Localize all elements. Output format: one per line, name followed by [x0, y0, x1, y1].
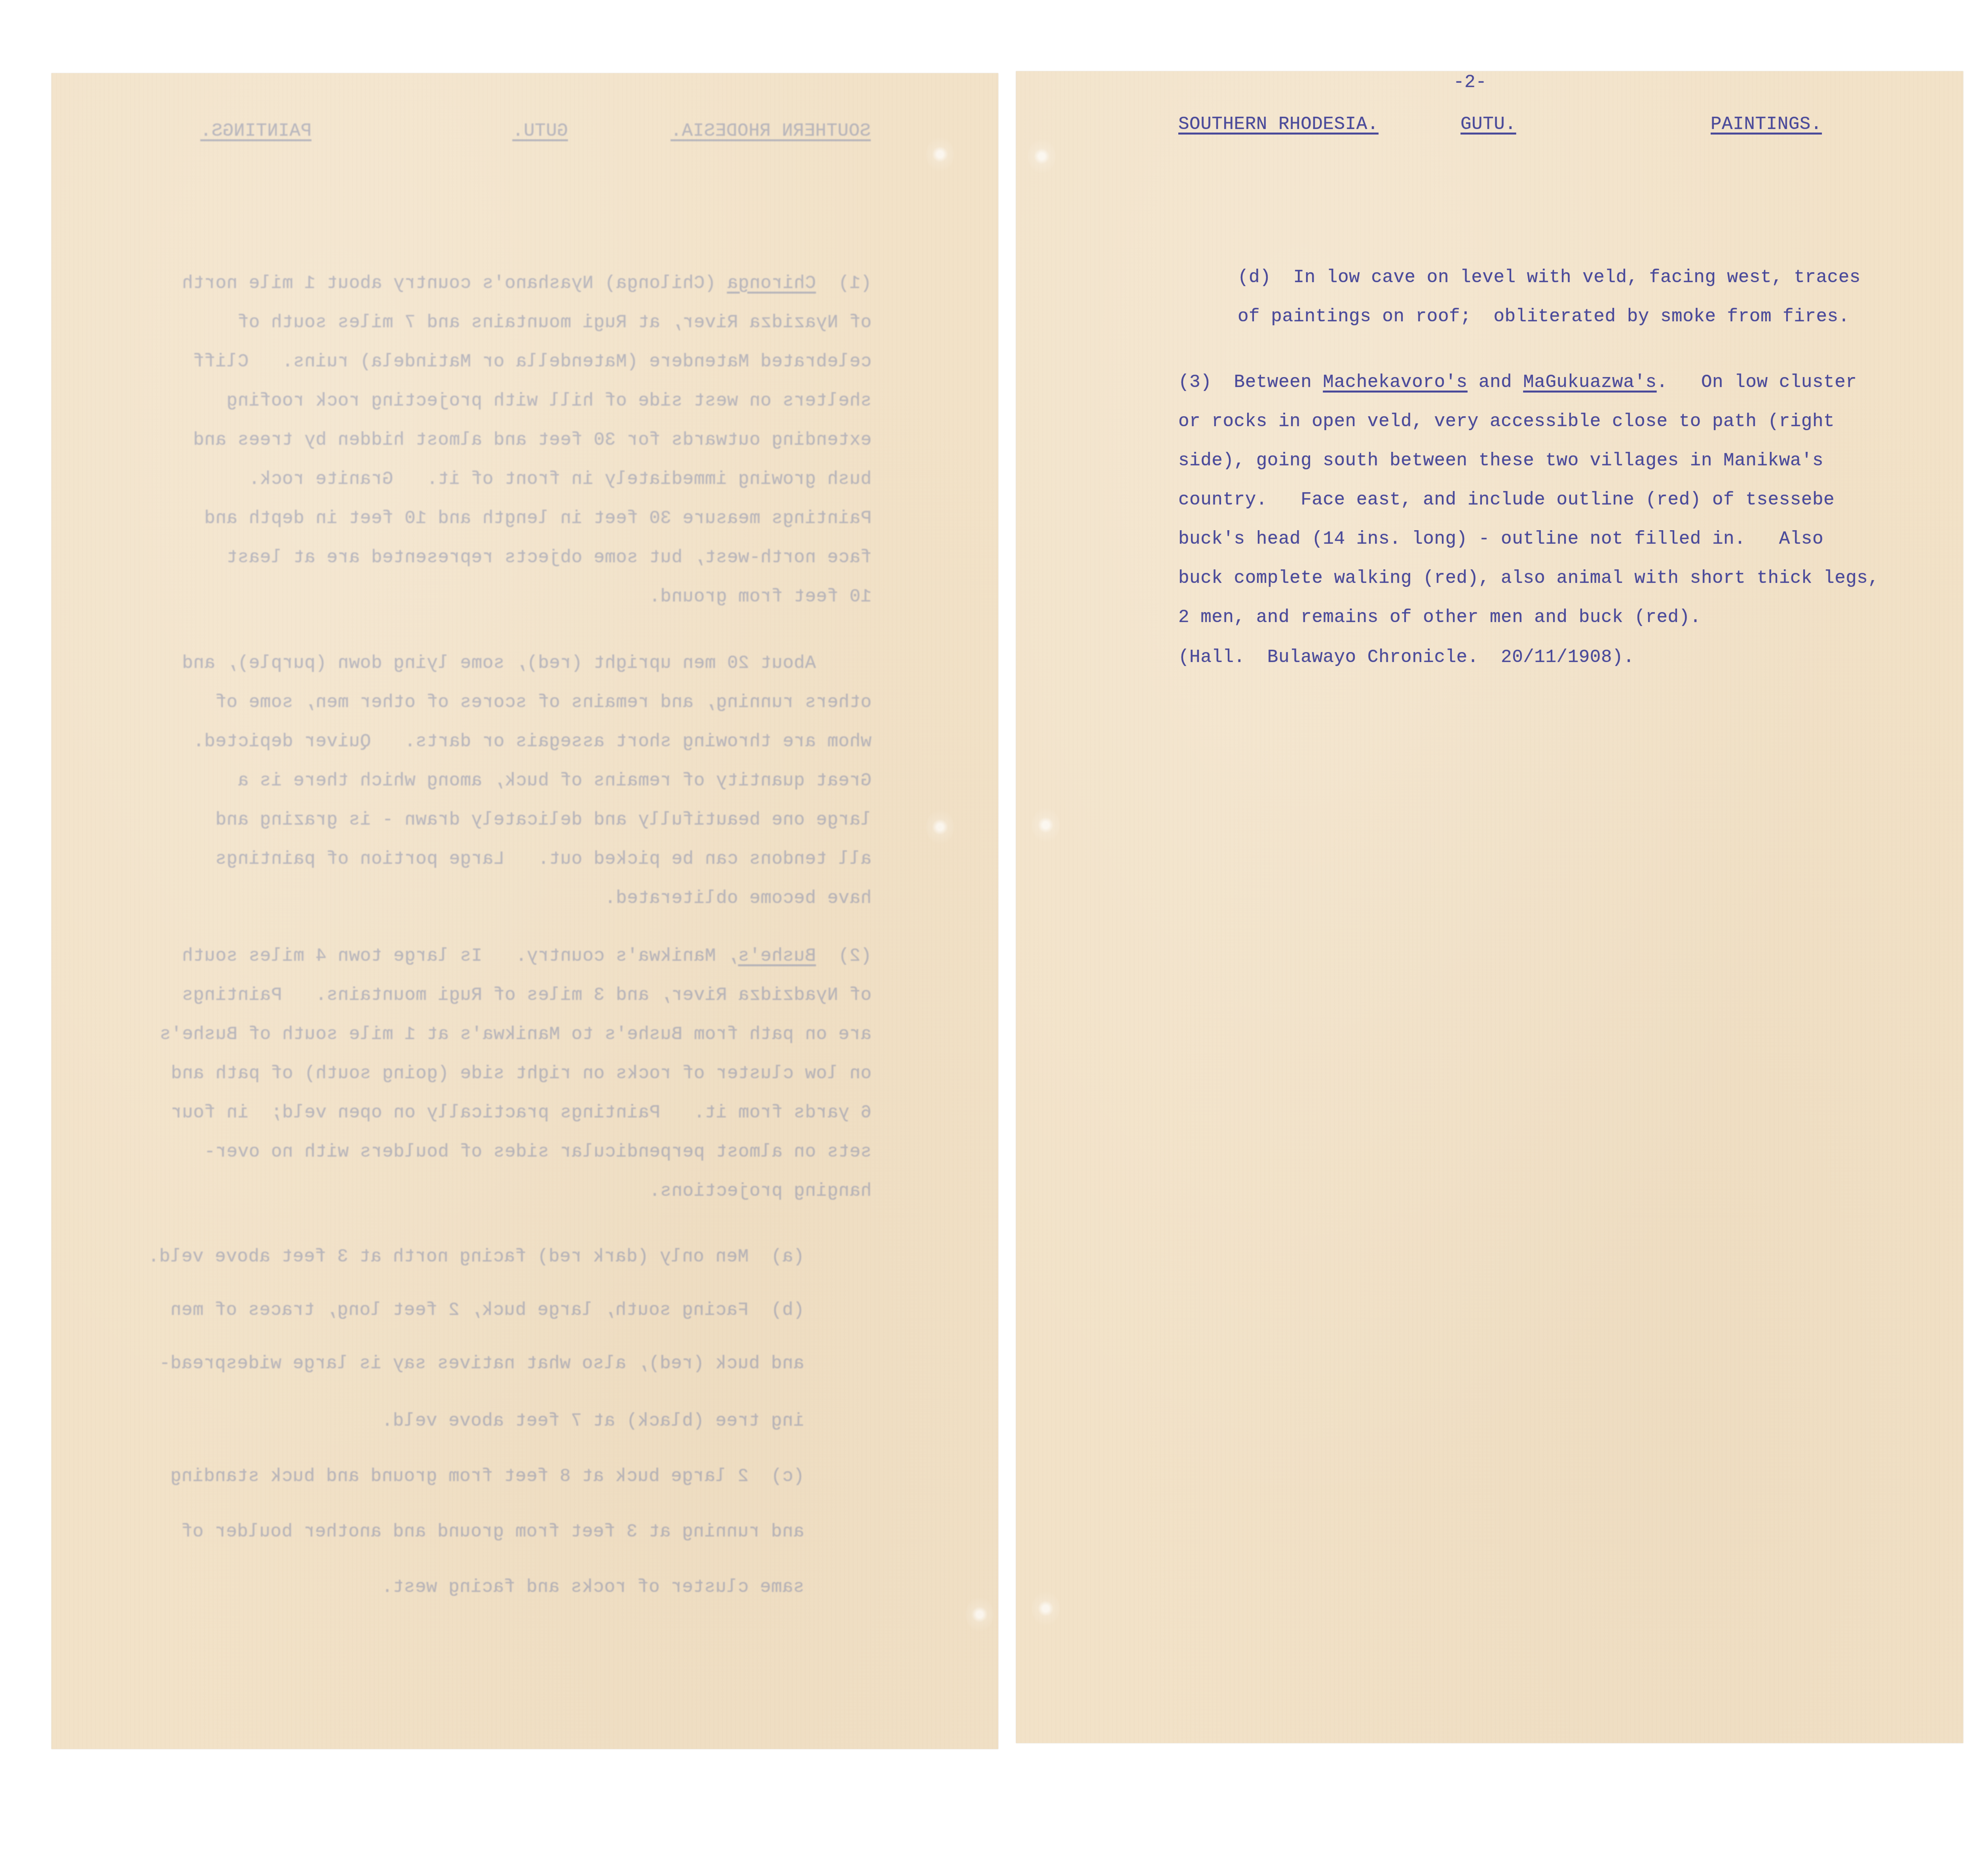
text-line: 2 men, and remains of other men and buck… — [1178, 607, 1701, 628]
text-line: (b) Facing south, large buck, 2 feet lon… — [170, 1300, 804, 1320]
text-line: extending outwards for 30 feet and almos… — [193, 430, 872, 450]
text-line: celebrated Matendere (Matendella or Mati… — [193, 351, 872, 372]
header-district: GUTU. — [512, 121, 568, 141]
header-subject: PAINTINGS. — [200, 121, 311, 141]
text-line: hanging projections. — [649, 1181, 872, 1201]
text-line: of Nyazidza River, at Rugi mountains and… — [237, 312, 872, 333]
text-line: face north-west, but some objects repres… — [226, 547, 872, 568]
text-line: are on path from Bushe's to Manikwa's at… — [160, 1024, 872, 1045]
header-subject: PAINTINGS. — [1711, 114, 1822, 135]
text-line: (d) In low cave on level with veld, faci… — [1238, 267, 1861, 288]
text-line: whom are throwing short assegais or dart… — [193, 731, 872, 752]
place-bushes: Bushe's — [738, 946, 816, 966]
header-district: GUTU. — [1461, 114, 1516, 135]
item-2-first-line: (2) Bushe's, Manikwa's country. Is large… — [182, 946, 872, 966]
place-chironga: Chironga — [727, 273, 816, 294]
text-line: have become obliterated. — [604, 888, 872, 909]
text-line: shelters on west side of hill with proje… — [226, 391, 872, 411]
text-line: 6 yards from it. Paintings practically o… — [171, 1102, 872, 1123]
text-line: buck's head (14 ins. long) - outline not… — [1178, 529, 1823, 549]
text-line: (c) 2 large buck at 8 feet from ground a… — [170, 1466, 804, 1487]
page-number: -2- — [1453, 72, 1487, 93]
text-line: others running, and remains of scores of… — [215, 692, 872, 713]
text-line: (a) Men only (dark red) facing north at … — [148, 1246, 804, 1267]
staple-mark — [1032, 807, 1060, 843]
text-line: same cluster of rocks and facing west. — [382, 1577, 804, 1597]
text-line: on low cluster of rocks on right side (g… — [171, 1063, 872, 1084]
text-line: and running at 3 feet from ground and an… — [181, 1521, 804, 1542]
item-3-first-line: (3) Between Machekavoro's and MaGukuazwa… — [1178, 372, 1857, 393]
text-line: country. Face east, and include outline … — [1178, 489, 1835, 510]
text-line: of paintings on roof; obliterated by smo… — [1238, 306, 1850, 327]
text-line: Paintings measure 30 feet in length and … — [204, 508, 872, 529]
text-line: sets on almost perpendicular sides of bo… — [204, 1142, 872, 1162]
text-line: bush growing immediately in front of it.… — [249, 469, 872, 489]
text-line: ing tree (black) at 7 feet above veld. — [382, 1411, 804, 1431]
citation: (Hall. Bulawayo Chronicle. 20/11/1908). — [1178, 647, 1634, 668]
staple-mark — [1032, 1591, 1060, 1626]
mirrored-bleedthrough-text: SOUTHERN RHODESIA. GUTU. PAINTINGS. (1) … — [51, 73, 998, 1749]
text-line: or rocks in open veld, very accessible c… — [1178, 411, 1835, 432]
text-line: side), going south between these two vil… — [1178, 450, 1823, 471]
staple-mark — [1028, 138, 1056, 174]
text-line: buck complete walking (red), also animal… — [1178, 568, 1879, 588]
text-line: About 20 men upright (red), some lying d… — [182, 653, 872, 673]
left-page-reverse-side: SOUTHERN RHODESIA. GUTU. PAINTINGS. (1) … — [51, 73, 998, 1749]
header-region: SOUTHERN RHODESIA. — [1178, 114, 1379, 135]
text-line: large one beautifully and delicately dra… — [215, 810, 872, 830]
text-line: all tendons can be picked out. Large por… — [215, 849, 872, 869]
text-line: Great quantity of remains of buck, among… — [237, 770, 872, 791]
page-2: -2- SOUTHERN RHODESIA. GUTU. PAINTINGS. … — [1016, 71, 1963, 1743]
text-line: of Nyadzidza River, and 3 miles of Rugi … — [182, 985, 872, 1005]
place-machekavoros: Machekavoro's — [1323, 372, 1467, 393]
text-line: and buck (red), also what natives say is… — [159, 1353, 804, 1374]
header-region: SOUTHERN RHODESIA. — [670, 121, 871, 141]
place-magukuazwas: MaGukuazwa's — [1523, 372, 1656, 393]
text-line: 10 feet from ground. — [649, 586, 872, 607]
item-1-first-line: (1) Chironga (Chilonga) Nyashano's count… — [182, 273, 872, 294]
